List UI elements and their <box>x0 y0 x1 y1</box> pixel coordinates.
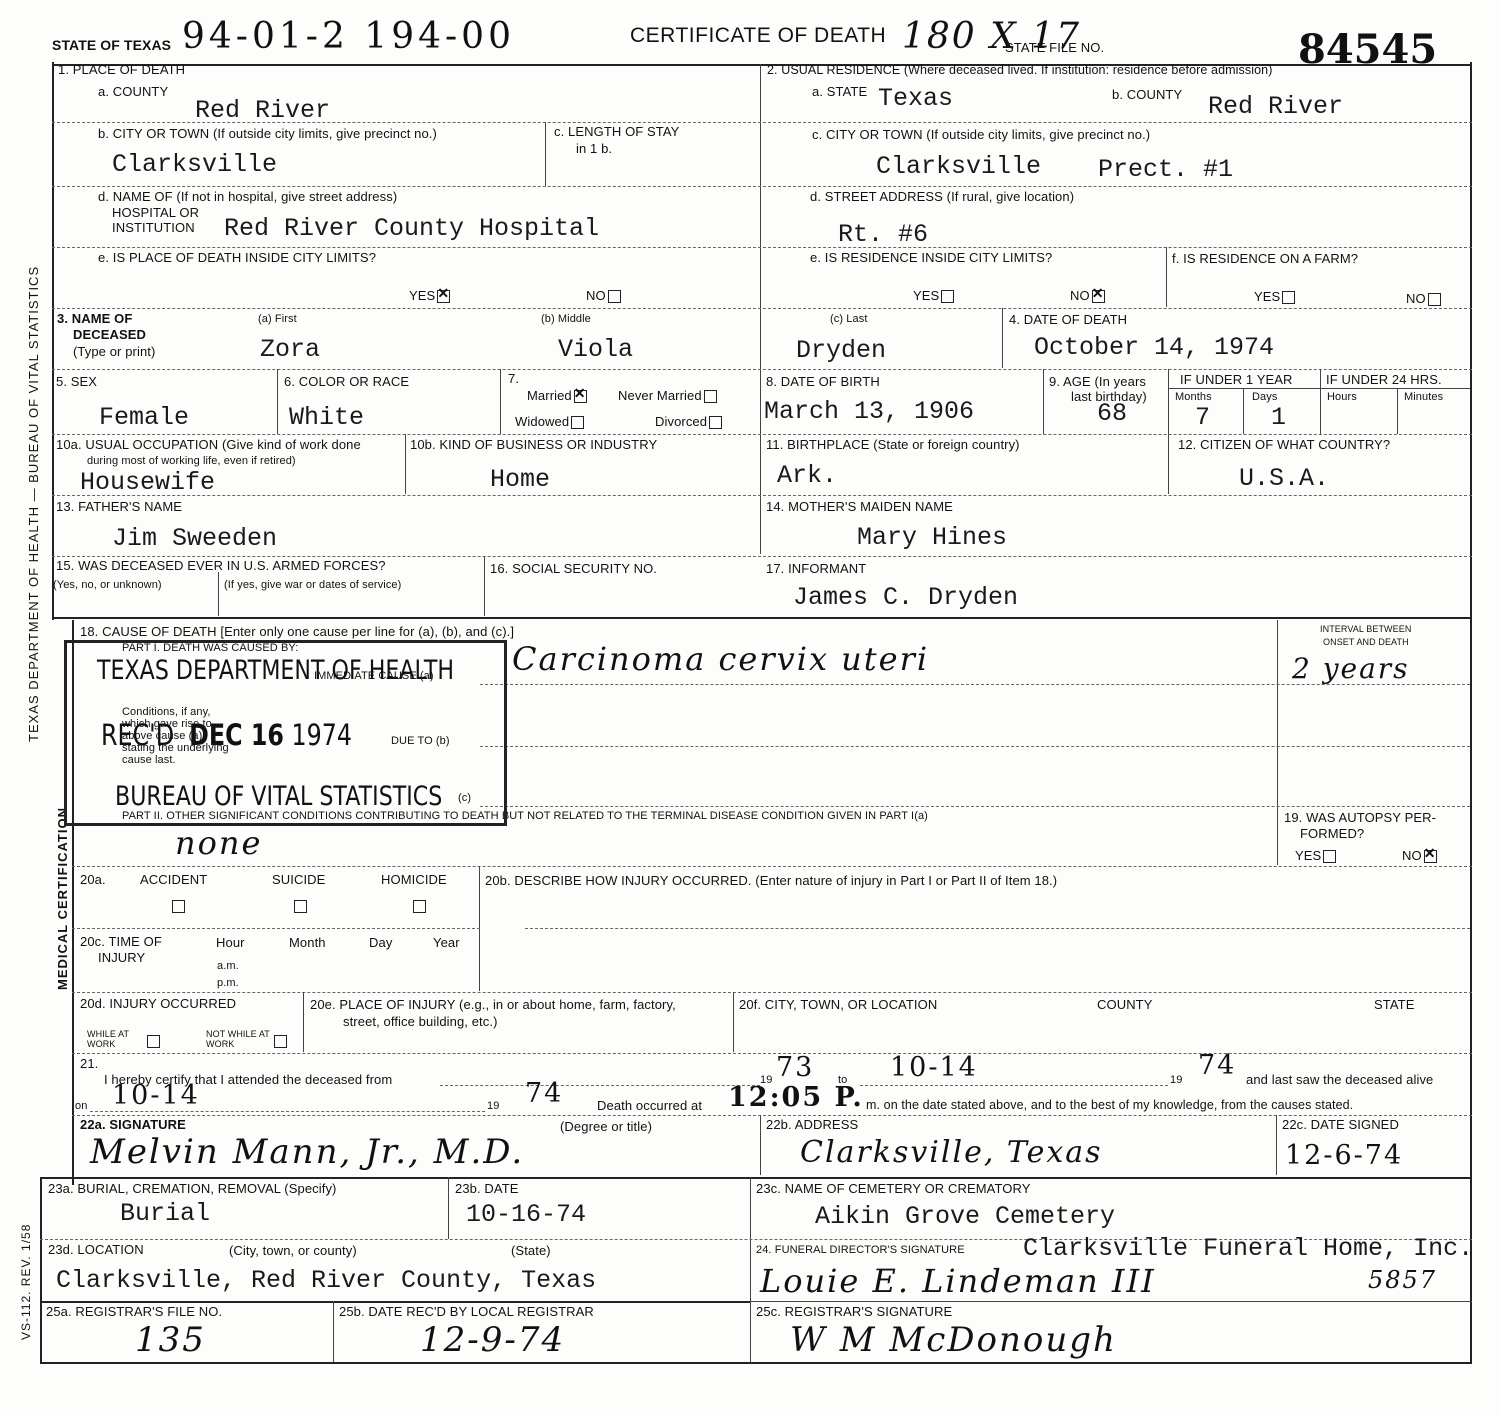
residence-precinct-value[interactable]: Prect. #1 <box>1098 155 1233 184</box>
residence-inside-limits-no[interactable]: NO <box>1070 288 1105 303</box>
months-label: Months <box>1175 391 1212 403</box>
burial-label: 23a. BURIAL, CREMATION, REMOVAL (Specify… <box>48 1181 336 1196</box>
registrar-signature[interactable]: W M McDonough <box>790 1320 1117 1360</box>
death-inside-limits-no[interactable]: NO <box>586 288 621 303</box>
armed-forces-sub-1: (Yes, no, or unknown) <box>53 579 162 591</box>
checkbox-checked-icon[interactable] <box>1424 850 1437 863</box>
burial-value[interactable]: Burial <box>120 1199 210 1228</box>
death-county-label: a. COUNTY <box>98 84 168 99</box>
death-city-value[interactable]: Clarksville <box>112 150 277 179</box>
autopsy-label: 19. WAS AUTOPSY PER- <box>1284 810 1436 825</box>
month-label: Month <box>289 935 326 950</box>
registrar-file-label: 25a. REGISTRAR'S FILE NO. <box>46 1304 222 1319</box>
burial-date-label: 23b. DATE <box>455 1181 519 1196</box>
residence-city-value[interactable]: Clarksville <box>876 152 1041 181</box>
middle-name-value[interactable]: Viola <box>558 335 633 364</box>
on-date-value[interactable]: 10-14 <box>112 1080 200 1111</box>
handwritten-code: 94-01-2 194-00 <box>182 16 515 57</box>
informant-value[interactable]: James C. Dryden <box>793 583 1018 612</box>
hours-label: Hours <box>1327 391 1357 403</box>
injury-occurred-label: 20d. INJURY OCCURRED <box>80 996 236 1011</box>
signature-label: 22a. SIGNATURE <box>80 1117 186 1132</box>
autopsy-label-2: FORMED? <box>1300 826 1364 841</box>
death-county-value[interactable]: Red River <box>195 96 330 125</box>
father-label: 13. FATHER'S NAME <box>56 499 182 514</box>
last-name-label: (c) Last <box>830 313 867 325</box>
injury-city-label: 20f. CITY, TOWN, OR LOCATION <box>739 997 937 1012</box>
residence-inside-limits-yes[interactable]: YES <box>913 288 954 303</box>
cemetery-label: 23c. NAME OF CEMETERY OR CREMATORY <box>756 1181 1031 1196</box>
deceased-name-label-3: (Type or print) <box>73 344 155 359</box>
injury-place-label-2: street, office building, etc.) <box>343 1014 498 1029</box>
date-of-death-label: 4. DATE OF DEATH <box>1009 312 1127 327</box>
death-inside-limits-label: e. IS PLACE OF DEATH INSIDE CITY LIMITS? <box>98 250 376 265</box>
state-file-label: STATE FILE NO. <box>1005 40 1104 55</box>
suicide-label: SUICIDE <box>272 872 325 887</box>
location-sub-1: (City, town, or county) <box>229 1243 357 1258</box>
injury-type-label: 20a. <box>80 872 106 887</box>
armed-forces-label: 15. WAS DECEASED EVER IN U.S. ARMED FORC… <box>56 558 386 573</box>
funeral-director-signature[interactable]: Louie E. Lindeman III <box>760 1262 1156 1300</box>
certification-number: 21. <box>80 1056 98 1071</box>
death-time-value[interactable]: 12:05 P. <box>728 1082 864 1113</box>
burial-date-value[interactable]: 10-16-74 <box>466 1200 586 1229</box>
autopsy-yes[interactable]: YES <box>1295 848 1336 863</box>
on-year-prefix: 19 <box>487 1100 499 1112</box>
checkbox-icon[interactable] <box>1282 291 1295 304</box>
under-24-label: IF UNDER 24 HRS. <box>1326 372 1442 387</box>
residence-state-value[interactable]: Texas <box>878 84 953 113</box>
residence-farm-label: f. IS RESIDENCE ON A FARM? <box>1172 251 1358 266</box>
residence-inside-limits-label: e. IS RESIDENCE INSIDE CITY LIMITS? <box>810 250 1052 265</box>
injury-describe-label: 20b. DESCRIBE HOW INJURY OCCURRED. (Ente… <box>485 873 1057 888</box>
occupation-label: 10a. USUAL OCCUPATION (Give kind of work… <box>56 437 361 452</box>
race-label: 6. COLOR OR RACE <box>284 374 409 389</box>
occupation-label-2: during most of working life, even if ret… <box>87 455 296 467</box>
interval-value[interactable]: 2 years <box>1292 652 1410 685</box>
residence-county-value[interactable]: Red River <box>1208 92 1343 121</box>
registrar-date-value[interactable]: 12-9-74 <box>420 1320 565 1360</box>
checkbox-icon[interactable] <box>1323 850 1336 863</box>
first-name-label: (a) First <box>258 313 297 325</box>
last-name-value[interactable]: Dryden <box>796 336 886 365</box>
suicide-checkbox[interactable] <box>294 900 307 913</box>
injury-time-label-2: INJURY <box>98 950 145 965</box>
to-year-value[interactable]: 74 <box>1198 1050 1236 1081</box>
business-value[interactable]: Home <box>490 465 550 494</box>
accident-label: ACCIDENT <box>140 872 207 887</box>
pm-label: p.m. <box>217 977 239 989</box>
location-label: 23d. LOCATION <box>48 1242 144 1257</box>
informant-label: 17. INFORMANT <box>766 561 866 576</box>
length-of-stay-label: c. LENGTH OF STAY <box>554 124 679 139</box>
armed-forces-sub-2: (If yes, give war or dates of service) <box>224 579 401 591</box>
marital-married[interactable]: Married <box>527 388 587 403</box>
under-year-label: IF UNDER 1 YEAR <box>1180 372 1293 387</box>
mother-value[interactable]: Mary Hines <box>857 523 1007 552</box>
interval-label: INTERVAL BETWEEN <box>1320 624 1411 634</box>
checkbox-checked-icon[interactable] <box>437 290 450 303</box>
race-value[interactable]: White <box>289 403 364 432</box>
residence-label: 2. USUAL RESIDENCE (Where deceased lived… <box>767 63 1272 78</box>
location-value[interactable]: Clarksville, Red River County, Texas <box>56 1266 596 1295</box>
residence-farm-no[interactable]: NO <box>1406 291 1441 306</box>
stamp-line-3: BUREAU OF VITAL STATISTICS <box>115 781 442 812</box>
residence-farm-yes[interactable]: YES <box>1254 289 1295 304</box>
location-sub-2: (State) <box>511 1243 551 1258</box>
length-of-stay-sub: in 1 b. <box>576 141 612 156</box>
middle-name-label: (b) Middle <box>541 313 591 325</box>
certification-text-3: m. on the date stated above, and to the … <box>866 1098 1353 1113</box>
marital-label: 7. <box>508 371 519 386</box>
hospital-label: d. NAME OF (If not in hospital, give str… <box>98 189 397 204</box>
checkbox-checked-icon[interactable] <box>574 390 587 403</box>
residence-county-label: b. COUNTY <box>1112 87 1182 102</box>
hospital-value[interactable]: Red River County Hospital <box>224 214 599 243</box>
degree-label: (Degree or title) <box>560 1119 652 1134</box>
side-label-medical: MEDICAL CERTIFICATION <box>55 807 70 990</box>
checkbox-icon[interactable] <box>941 290 954 303</box>
state-label: STATE OF TEXAS <box>52 38 171 53</box>
minutes-label: Minutes <box>1404 391 1443 403</box>
while-at-work-label: WHILE AT WORK <box>87 1029 147 1049</box>
days-label: Days <box>1252 391 1277 403</box>
on-label: on <box>75 1100 87 1112</box>
checkbox-icon[interactable] <box>1428 293 1441 306</box>
hospital-label-2: HOSPITAL OR <box>112 205 199 220</box>
checkbox-icon[interactable] <box>571 416 584 429</box>
received-stamp: TEXAS DEPARTMENT OF HEALTH REC'D DEC 16 … <box>64 640 507 826</box>
deceased-name-label-2: DECEASED <box>73 327 146 342</box>
homicide-checkbox[interactable] <box>413 900 426 913</box>
year-label: Year <box>433 935 460 950</box>
dob-label: 8. DATE OF BIRTH <box>766 374 880 389</box>
age-label: 9. AGE (In years <box>1049 374 1146 389</box>
residence-city-label: c. CITY OR TOWN (If outside city limits,… <box>812 127 1150 142</box>
registrar-signature-label: 25c. REGISTRAR'S SIGNATURE <box>756 1304 952 1319</box>
hour-label: Hour <box>216 935 245 950</box>
am-label: a.m. <box>217 960 239 972</box>
mother-label: 14. MOTHER'S MAIDEN NAME <box>766 499 953 514</box>
days-value[interactable]: 1 <box>1271 403 1286 432</box>
occupation-value[interactable]: Housewife <box>80 468 215 497</box>
not-while-at-work-label: NOT WHILE AT WORK <box>206 1029 271 1049</box>
residence-street-value[interactable]: Rt. #6 <box>838 220 928 249</box>
not-while-at-work-checkbox[interactable] <box>274 1035 287 1048</box>
marital-divorced[interactable]: Divorced <box>655 414 722 429</box>
months-value[interactable]: 7 <box>1195 403 1210 432</box>
first-name-value[interactable]: Zora <box>260 335 320 364</box>
checkbox-icon[interactable] <box>704 390 717 403</box>
from-year-value[interactable]: 73 <box>776 1052 814 1083</box>
checkbox-icon[interactable] <box>608 290 621 303</box>
death-city-label: b. CITY OR TOWN (If outside city limits,… <box>98 126 437 141</box>
deceased-name-label: 3. NAME OF <box>57 311 132 326</box>
interval-label-2: ONSET AND DEATH <box>1323 637 1409 647</box>
registrar-file-value[interactable]: 135 <box>135 1320 206 1360</box>
birthplace-value[interactable]: Ark. <box>777 461 837 490</box>
business-label: 10b. KIND OF BUSINESS OR INDUSTRY <box>410 437 657 452</box>
physician-signature[interactable]: Melvin Mann, Jr., M.D. <box>90 1132 524 1172</box>
residence-state-label: a. STATE <box>812 84 867 99</box>
autopsy-no[interactable]: NO <box>1402 848 1437 863</box>
side-label-department: TEXAS DEPARTMENT OF HEALTH — BUREAU OF V… <box>26 266 41 742</box>
funeral-home-value[interactable]: Clarksville Funeral Home, Inc. <box>1023 1234 1473 1263</box>
age-value[interactable]: 68 <box>1097 399 1127 428</box>
accident-checkbox[interactable] <box>172 900 185 913</box>
date-signed-label: 22c. DATE SIGNED <box>1282 1117 1399 1132</box>
checkbox-checked-icon[interactable] <box>1092 290 1105 303</box>
birthplace-label: 11. BIRTHPLACE (State or foreign country… <box>766 437 1020 452</box>
stamp-line-2: REC'D DEC 16 1974 <box>101 718 352 752</box>
certification-text-2: and last saw the deceased alive <box>1246 1072 1433 1087</box>
to-date-value[interactable]: 10-14 <box>890 1052 978 1083</box>
date-signed-value[interactable]: 12-6-74 <box>1285 1140 1403 1171</box>
marital-widowed[interactable]: Widowed <box>515 414 584 429</box>
to-year-prefix: 19 <box>1170 1074 1182 1086</box>
side-label-form-rev: VS-112. REV. 1/58 <box>19 1224 33 1340</box>
injury-state-label: STATE <box>1374 997 1414 1012</box>
injury-county-label: COUNTY <box>1097 997 1153 1012</box>
funeral-director-number: 5857 <box>1368 1266 1437 1294</box>
part2-value[interactable]: none <box>175 824 262 862</box>
death-occurred-label: Death occurred at <box>597 1098 702 1113</box>
checkbox-icon[interactable] <box>709 416 722 429</box>
place-of-death-label: 1. PLACE OF DEATH <box>58 62 185 77</box>
injury-time-label: 20c. TIME OF <box>80 934 162 949</box>
ssn-label: 16. SOCIAL SECURITY NO. <box>490 561 657 576</box>
date-of-death-value[interactable]: October 14, 1974 <box>1034 333 1274 362</box>
hospital-label-3: INSTITUTION <box>112 220 195 235</box>
injury-place-label: 20e. PLACE OF INJURY (e.g., in or about … <box>310 997 676 1012</box>
funeral-director-label: 24. FUNERAL DIRECTOR'S SIGNATURE <box>756 1244 965 1256</box>
certificate-title: CERTIFICATE OF DEATH <box>630 28 886 43</box>
citizen-value[interactable]: U.S.A. <box>1239 464 1329 493</box>
immediate-cause-value[interactable]: Carcinoma cervix uteri <box>512 640 929 678</box>
while-at-work-checkbox[interactable] <box>147 1035 160 1048</box>
homicide-label: HOMICIDE <box>381 872 447 887</box>
sex-value[interactable]: Female <box>99 403 189 432</box>
cemetery-value[interactable]: Aikin Grove Cemetery <box>815 1202 1115 1231</box>
physician-address[interactable]: Clarksville, Texas <box>800 1135 1103 1170</box>
stamp-line-1: TEXAS DEPARTMENT OF HEALTH <box>97 655 454 686</box>
death-inside-limits-yes[interactable]: YES <box>409 288 450 303</box>
marital-never-married[interactable]: Never Married <box>618 388 717 403</box>
on-year-value[interactable]: 74 <box>525 1078 563 1109</box>
residence-street-label: d. STREET ADDRESS (If rural, give locati… <box>810 189 1074 204</box>
registrar-date-label: 25b. DATE REC'D BY LOCAL REGISTRAR <box>339 1304 594 1319</box>
day-label: Day <box>369 935 392 950</box>
dob-value[interactable]: March 13, 1906 <box>764 397 974 426</box>
father-value[interactable]: Jim Sweeden <box>112 524 277 553</box>
sex-label: 5. SEX <box>56 374 97 389</box>
citizen-label: 12. CITIZEN OF WHAT COUNTRY? <box>1178 437 1390 452</box>
cause-label: 18. CAUSE OF DEATH [Enter only one cause… <box>80 624 514 639</box>
address-label: 22b. ADDRESS <box>766 1117 858 1132</box>
